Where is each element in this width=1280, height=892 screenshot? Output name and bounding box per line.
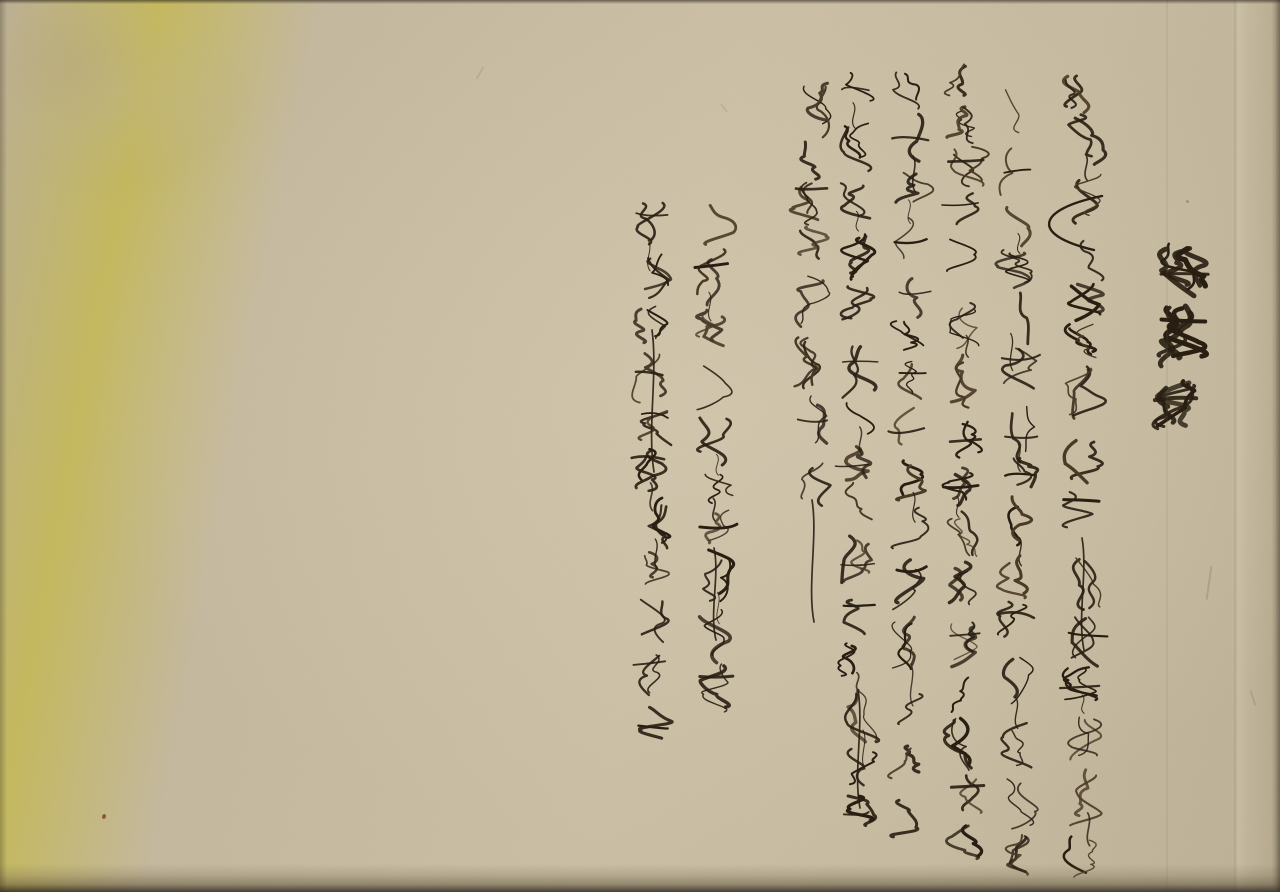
brush-stroke bbox=[848, 796, 876, 826]
brush-stroke bbox=[1003, 659, 1017, 697]
brush-stroke bbox=[650, 483, 652, 511]
brush-stroke bbox=[908, 200, 910, 224]
brush-stroke bbox=[1005, 437, 1037, 438]
calligraphy-svg bbox=[0, 0, 1280, 892]
brush-stroke bbox=[997, 563, 1026, 598]
brush-stroke bbox=[1063, 492, 1093, 527]
paper-left-edge-shadow bbox=[0, 0, 7, 892]
brush-stroke bbox=[910, 664, 912, 706]
text-column-main-4 bbox=[888, 72, 933, 837]
brush-stroke bbox=[639, 707, 672, 738]
brush-stroke bbox=[943, 486, 978, 488]
brush-stroke bbox=[858, 690, 860, 808]
paper-fleck bbox=[1186, 200, 1189, 203]
paper-crease-right bbox=[1234, 0, 1274, 892]
brush-stroke bbox=[892, 622, 912, 668]
brush-stroke bbox=[863, 730, 865, 769]
brush-stroke bbox=[649, 552, 657, 577]
brush-stroke bbox=[948, 160, 983, 162]
brush-stroke bbox=[893, 72, 919, 108]
text-column-main-1 bbox=[1049, 76, 1107, 878]
brush-stroke bbox=[1085, 154, 1087, 180]
brush-stroke bbox=[708, 292, 710, 321]
brush-stroke bbox=[957, 193, 979, 224]
brush-stroke bbox=[1155, 398, 1196, 400]
brush-stroke bbox=[846, 483, 872, 520]
brush-stroke bbox=[697, 249, 725, 294]
brush-stroke bbox=[700, 666, 729, 707]
brush-stroke bbox=[1015, 697, 1017, 728]
brush-stroke bbox=[841, 564, 874, 566]
brush-stroke bbox=[905, 74, 919, 100]
brush-stroke bbox=[817, 87, 829, 138]
brush-stroke bbox=[1068, 719, 1101, 755]
brush-stroke bbox=[812, 500, 814, 622]
brush-stroke bbox=[801, 142, 819, 179]
brush-stroke bbox=[950, 439, 981, 441]
brush-stroke bbox=[1005, 474, 1034, 476]
brush-stroke bbox=[1001, 723, 1031, 767]
brush-stroke bbox=[642, 602, 669, 635]
brush-stroke bbox=[700, 676, 733, 677]
brush-stroke bbox=[717, 592, 719, 623]
brush-stroke bbox=[1001, 250, 1031, 283]
brush-stroke bbox=[951, 786, 983, 788]
brush-stroke bbox=[705, 205, 736, 244]
brush-stroke bbox=[1064, 441, 1087, 483]
brush-stroke bbox=[1060, 686, 1099, 688]
text-column-main-2 bbox=[996, 90, 1040, 875]
brush-stroke bbox=[1026, 407, 1035, 452]
brush-stroke bbox=[1017, 234, 1019, 254]
brush-stroke bbox=[697, 366, 732, 410]
brush-stroke bbox=[1007, 208, 1031, 246]
brush-stroke bbox=[897, 567, 926, 572]
brush-stroke bbox=[635, 309, 646, 343]
brush-stroke bbox=[892, 137, 928, 140]
brush-stroke bbox=[1069, 115, 1092, 157]
brush-stroke bbox=[1066, 80, 1076, 108]
text-column-poem-1 bbox=[695, 205, 737, 712]
brush-stroke bbox=[1070, 329, 1091, 355]
brush-stroke bbox=[889, 428, 925, 433]
brush-stroke bbox=[999, 612, 1034, 618]
brush-stroke bbox=[841, 127, 872, 170]
brush-stroke bbox=[1064, 500, 1099, 502]
brush-stroke bbox=[856, 673, 858, 691]
brush-stroke bbox=[958, 66, 965, 95]
brush-stroke bbox=[716, 454, 718, 475]
brush-stroke bbox=[1082, 695, 1084, 713]
brush-stroke bbox=[892, 508, 929, 549]
brush-stroke bbox=[648, 310, 668, 336]
brush-stroke bbox=[947, 239, 976, 271]
brush-stroke bbox=[962, 512, 978, 555]
brush-stroke bbox=[888, 749, 911, 779]
brush-stroke bbox=[843, 361, 878, 362]
brush-stroke bbox=[844, 605, 875, 606]
paper-bottom-edge-shadow bbox=[0, 864, 1280, 892]
brush-stroke bbox=[1064, 667, 1097, 695]
paper-top-edge-shadow bbox=[0, 0, 1280, 4]
text-column-main-5 bbox=[836, 73, 880, 826]
brush-stroke bbox=[970, 147, 989, 180]
brush-stroke bbox=[891, 800, 918, 837]
brush-stroke bbox=[1161, 274, 1208, 275]
brush-stroke bbox=[913, 492, 915, 522]
brush-stroke bbox=[947, 107, 967, 138]
brush-stroke bbox=[966, 336, 968, 358]
brush-stroke bbox=[907, 279, 921, 318]
brush-stroke bbox=[632, 355, 659, 403]
brush-stroke bbox=[636, 213, 667, 215]
title-column-title bbox=[1153, 244, 1208, 429]
brush-stroke bbox=[899, 291, 931, 294]
brush-stroke bbox=[850, 752, 877, 784]
brush-stroke bbox=[1074, 367, 1106, 416]
text-column-main-6 bbox=[790, 83, 831, 622]
manuscript-photo: 鳥海暮雪 best-effort partial reading of the … bbox=[0, 0, 1280, 892]
brush-stroke bbox=[845, 694, 879, 742]
brush-stroke bbox=[700, 617, 731, 663]
brush-stroke bbox=[895, 408, 914, 444]
brush-stroke bbox=[951, 149, 984, 185]
paper-right-edge-shadow bbox=[1272, 0, 1280, 892]
brush-stroke bbox=[896, 560, 924, 603]
text-column-main-3 bbox=[942, 64, 989, 858]
paper-fold-line bbox=[1166, 0, 1168, 892]
brush-stroke bbox=[1006, 90, 1019, 133]
brush-stroke bbox=[952, 678, 969, 712]
brush-stroke bbox=[843, 646, 855, 673]
brush-stroke bbox=[896, 174, 918, 202]
text-column-poem-2 bbox=[632, 203, 672, 738]
brush-stroke bbox=[1015, 556, 1027, 594]
brush-stroke bbox=[942, 203, 978, 206]
brush-stroke bbox=[849, 347, 876, 390]
brush-stroke bbox=[853, 103, 855, 128]
brush-stroke bbox=[895, 239, 927, 243]
brush-stroke bbox=[796, 188, 827, 189]
brush-stroke bbox=[844, 544, 872, 581]
brush-stroke bbox=[1162, 320, 1206, 322]
brush-stroke bbox=[1020, 293, 1028, 344]
brush-stroke bbox=[850, 123, 868, 156]
brush-stroke bbox=[948, 519, 970, 556]
brush-stroke bbox=[713, 498, 715, 521]
